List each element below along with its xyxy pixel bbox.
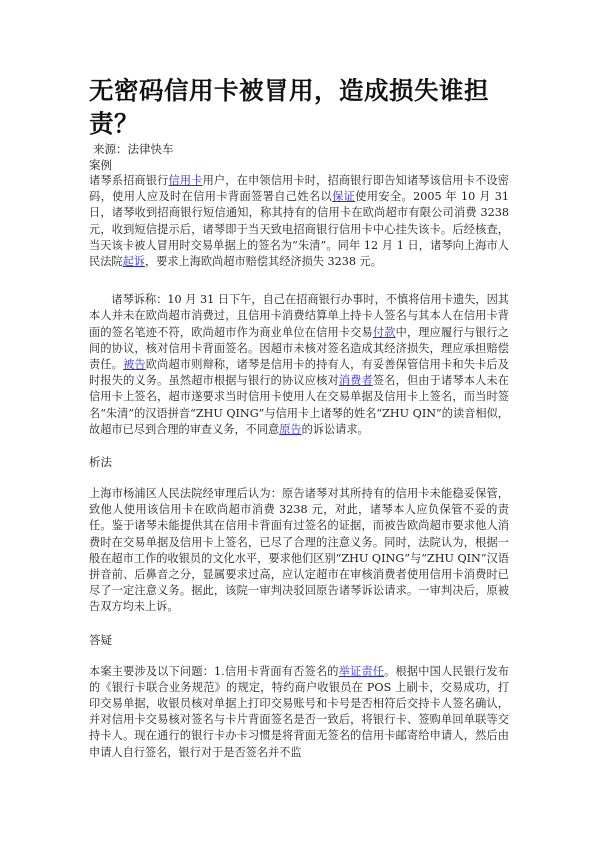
link-defendant[interactable]: 被告 [123,358,146,371]
link-plaintiff[interactable]: 原告 [279,423,301,436]
link-lawsuit[interactable]: 起诉 [123,255,145,268]
document-page: 无密码信用卡被冒用，造成损失谁担责？ 来源：法律快车 案例 诸琴系招商银行信用卡… [89,74,509,761]
spacer [89,648,509,664]
link-burden-of-proof[interactable]: 举证责任 [339,665,384,678]
spacer [89,270,509,286]
case-paragraph-1: 诸琴系招商银行信用卡用户，在申领信用卡时，招商银行即告知诸琴该信用卡不设密码，使… [89,173,509,270]
link-consumer[interactable]: 消费者 [339,374,373,387]
text-span: 本案主要涉及以下问题：1.信用卡背面有否签名的 [89,665,339,678]
text-span: 。根据中国人民银行发布的《银行卡联合业务规范》的规定，特约商户收银员在 POS … [89,665,509,759]
section-heading-case: 案例 [89,157,509,173]
spacer [89,616,509,632]
article-source: 来源：法律快车 [93,141,509,157]
text-span: 的诉讼请求。 [302,423,369,436]
qa-paragraph: 本案主要涉及以下问题：1.信用卡背面有否签名的举证责任。根据中国人民银行发布的《… [89,664,509,761]
text-span: 诸琴系招商银行 [89,174,168,187]
case-paragraph-2: 诸琴诉称：10 月 31 日下午，自己在招商银行办事时，不慎将信用卡遗失，因其本… [89,292,509,438]
article-title: 无密码信用卡被冒用，造成损失谁担责？ [89,74,509,140]
link-credit-card[interactable]: 信用卡 [168,174,202,187]
link-guarantee[interactable]: 保证 [332,190,355,203]
section-heading-qa: 答疑 [89,632,509,648]
link-payment[interactable]: 付款 [373,326,396,339]
spacer [89,470,509,486]
analysis-paragraph: 上海市杨浦区人民法院经审理后认为：原告诸琴对其所持有的信用卡未能稳妥保管，致他人… [89,486,509,616]
spacer [89,438,509,454]
section-heading-analysis: 析法 [89,454,509,470]
text-span: ，要求上海欧尚超市赔偿其经济损失 3238 元。 [145,255,382,268]
